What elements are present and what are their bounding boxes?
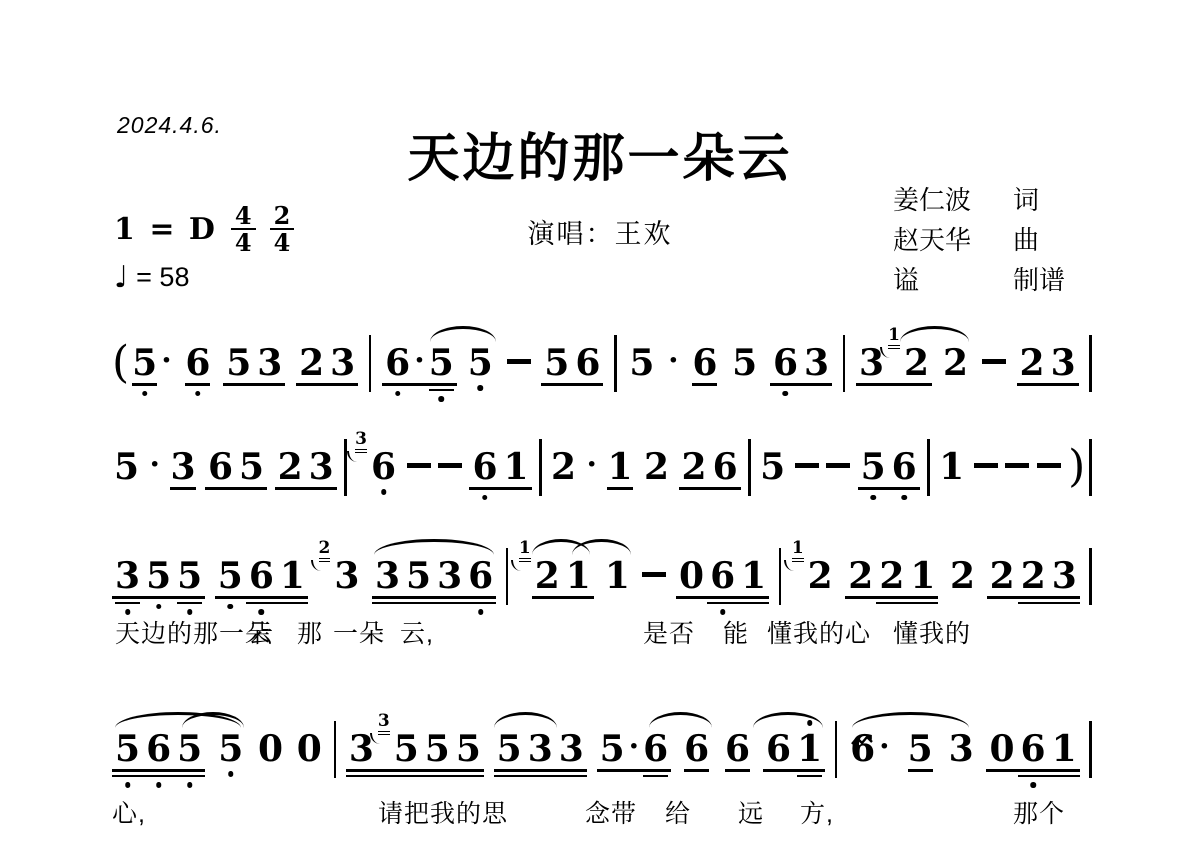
note-number: 5 [218,555,243,597]
grace-note-number: 2 [319,540,331,556]
note: 6 [146,728,171,770]
barline [843,335,846,392]
beam-group: 56 [541,342,603,384]
note-number: 2 [682,446,707,488]
spacer [205,728,215,729]
note-number: 2 [299,342,324,384]
time-signature-4-4: 4 4 [231,203,256,255]
meter-denominator: 4 [270,228,295,255]
note-number: 6 [185,342,210,384]
note-number: 5 [115,728,140,770]
note: 1 [1052,728,1077,770]
note: 1 [607,446,632,488]
note-number: 6 [892,446,917,488]
note: 5 [861,446,886,488]
beam-group: 23 [318,555,363,597]
beam-line [987,596,1080,599]
note-number: 5 [629,342,654,384]
note-number: 5 [114,446,139,488]
note-number: 3 [1052,555,1077,597]
augmentation-dot: · [587,446,597,484]
beam-group: 53 [223,342,285,384]
note: 2 [535,555,560,597]
beam-line [770,383,832,386]
note: 2 [990,555,1015,597]
lyric-segment: 远 [738,794,764,830]
note-number: 1 [939,446,964,488]
note-number: 2 [1020,342,1045,384]
slur-arc [753,712,823,728]
note-number: 1 [910,555,935,597]
barline [506,548,509,605]
barline [614,335,617,392]
lyric-segment: 心, [112,794,146,830]
note-number: 6 [773,342,798,384]
beam-line [112,769,205,772]
note-number: 2 [535,555,560,597]
beam-group: 23 [296,342,358,384]
grace-note: 2 [319,540,331,562]
note: 2 [644,446,669,488]
spacer [753,728,763,729]
note: 2 [1021,555,1046,597]
beam-group: 5655 [112,728,246,770]
grace-note: 1 [888,327,900,349]
credit-transcriber: 谥 制谱 [893,260,1098,300]
note-number: 2 [278,446,303,488]
lyric-segment: 能 [723,614,749,650]
duration-dash [438,463,462,468]
note-number: 5 [732,342,757,384]
rest: 0 [297,728,322,770]
beam-group: 061 [676,555,769,597]
note-number: 0 [989,728,1014,770]
note-number: 2 [551,446,576,488]
note-number: 1 [566,555,591,597]
beam-line [797,775,822,778]
note: 3 [437,555,462,597]
grace-note-number: 1 [519,540,531,556]
note-number: 0 [679,555,704,597]
beam-line [725,769,750,772]
beam-line [856,383,932,386]
duration-dash [1037,463,1061,468]
beam-group: 3536 [372,555,496,597]
beam-group: 355 [112,555,205,597]
beam-line [692,383,717,386]
note-number: 2 [950,555,975,597]
barline [1089,439,1092,496]
note-number: 5 [177,555,202,597]
note: 6 [1021,728,1046,770]
duration-dash [1005,463,1029,468]
note-number: 5 [600,728,625,770]
note: 5 [425,728,450,770]
low-octave-dot [125,782,131,788]
lyric-segment: 给 [665,794,691,830]
grace-note: 3 [378,713,390,735]
note: 5 [429,342,454,384]
spacer [594,555,602,556]
beam-line [346,775,484,778]
rest: 0 [258,728,283,770]
low-octave-dot [187,782,193,788]
lyric-segment: 那 [297,614,323,650]
note: 2 [682,446,707,488]
duration-dash [974,463,998,468]
note-number: 6 [766,728,791,770]
beam-group: 61 [1018,728,1080,770]
note-number: 2 [904,342,929,384]
grace-beam-line [319,558,331,560]
note: 5 [468,342,493,384]
barline [927,439,930,496]
duration-dash [642,572,666,577]
meter-numerator: 2 [270,203,295,228]
beam-line [185,383,210,386]
note-number: 3 [528,728,553,770]
sheet-music-page: 2024.4.6. 天边的那一朵云 演唱：王欢 姜仁波 词 赵天华 曲 谥 制谱… [0,0,1200,850]
beam-group: 5·6 [597,728,672,770]
beam-line [429,389,454,392]
beam-group: 561 [215,555,308,597]
grace-beam-line [792,558,804,560]
note-number: 3 [949,728,974,770]
lyricist-name: 姜仁波 [893,180,971,217]
beam-line [170,487,195,490]
beam-line [215,596,308,599]
credit-composer: 赵天华 曲 [893,220,1098,260]
note-number: 5 [429,342,454,384]
augmentation-dot: · [150,446,160,484]
low-octave-dot [195,391,201,397]
note-number: 5 [406,555,431,597]
dotted-rhythm-dot: · [414,342,424,380]
beam-line [296,383,358,386]
note: 1 [566,555,591,597]
note: 3 [115,555,140,597]
slur-arc [649,712,713,728]
parenthesis: ) [1068,446,1085,488]
note-number: 2 [990,555,1015,597]
low-octave-dot [438,396,444,402]
beam-group: 63 [770,342,832,384]
grace-note: 1 [519,540,531,562]
grace-note-number: 3 [378,713,390,729]
note: 5 [218,555,243,597]
barline [1089,548,1092,605]
beam-group: 21 [532,555,594,597]
beam-line [707,602,769,605]
low-octave-dot [783,391,789,397]
parenthesis: ( [112,342,129,384]
beam-group: 61 [246,555,308,597]
note: 2 [299,342,324,384]
beam-line [679,487,741,490]
beam-line [876,602,938,605]
meter-numerator: 4 [231,203,256,228]
tempo-marking: ♩ = 58 [114,260,189,295]
transcriber-name: 谥 [893,260,919,297]
note-number: 6 [713,446,738,488]
beam-line [246,602,308,605]
dotted-rhythm-dot: · [629,728,639,766]
note-number: 5 [218,728,243,770]
low-octave-dot [381,489,387,495]
note: 5 [908,728,933,770]
note: 3 [1052,555,1077,597]
beam-group: 61 [469,446,531,488]
note: 3 [375,555,400,597]
beam-group: 23 [1018,555,1080,597]
note-number: 6 [710,555,735,597]
grace-beam-line [888,345,900,347]
note-number: 3 [330,342,355,384]
beam-group: 3122 [856,342,971,384]
beam-group: 23 [1017,342,1079,384]
note: 5 [115,728,140,770]
note: 5 [732,342,757,384]
grace-slur-hook [784,560,794,571]
slur-arc [900,326,969,342]
grace-note-number: 1 [792,540,804,556]
beam-group: 6·53 [847,728,977,770]
note: 5 [406,555,431,597]
rest: 0 [989,728,1014,770]
note-number: 5 [146,555,171,597]
grace-beam-line [355,449,367,451]
note: 6 [185,342,210,384]
note: 5 [394,728,419,770]
beam-group: 661 [722,728,825,770]
note: 2 [879,555,904,597]
note: 2 [950,555,975,597]
note: 3 [1051,342,1076,384]
note-number: 5 [226,342,251,384]
note-number: 6 [468,555,493,597]
low-octave-dot [478,609,484,615]
note-number: 2 [943,342,968,384]
note-number: 2 [644,446,669,488]
lyric-segment: 是否 [643,614,695,650]
beam-line [205,487,267,490]
note-number: 3 [309,446,334,488]
note: 5 [146,555,171,597]
note-number: 1 [607,446,632,488]
note: 6 [725,728,750,770]
note-number: 5 [497,728,522,770]
tempo-value: = 58 [136,262,189,293]
note: 6 [766,728,791,770]
note: 5 [760,446,785,488]
composer-name: 赵天华 [893,220,971,257]
low-octave-dot [156,782,162,788]
beam-group: 223 [987,555,1080,597]
note-number: 6 [1021,728,1046,770]
barline [539,439,542,496]
note: 6 [710,555,735,597]
beam-line [372,602,496,605]
low-octave-dot [395,391,401,397]
beam-line [1018,775,1080,778]
augmentation-dot: · [161,342,171,380]
duration-dash [507,359,531,364]
note: 6 [850,728,875,770]
note-number: 6 [692,342,717,384]
note-number: 5 [239,446,264,488]
beam-line [763,769,825,772]
duration-dash [795,463,819,468]
note-number: 1 [741,555,766,597]
note: 6 [713,446,738,488]
note-number: 5 [908,728,933,770]
beam-group: 23 [275,446,337,488]
augmentation-dot: · [668,342,678,380]
note-number: 1 [797,728,822,770]
note: 5 [177,555,202,597]
beam-group: (5· [112,342,173,384]
barline [835,721,838,778]
note: 1 [939,446,964,488]
beam-group: 312 [856,342,932,384]
note: 5 [456,728,481,770]
note-number: 6 [575,342,600,384]
lyric-segment: 方, [800,794,834,830]
note: 5 [629,342,654,384]
low-octave-dot [901,495,907,501]
note-number: 6 [850,728,875,770]
augmentation-dot: · [879,728,889,766]
beam-line [494,769,587,772]
note: 6 [371,446,396,488]
beam-group: 6·5 [382,342,457,384]
note-number: 1 [1052,728,1077,770]
note: 2 [943,342,968,384]
note: 6 [692,342,717,384]
beam-group: ) [1068,446,1092,496]
beam-line [132,383,157,386]
note: 3 [528,728,553,770]
beam-line [1018,602,1080,605]
note: 6 [643,728,668,770]
slur-arc [572,539,631,555]
grace-note-number: 3 [355,431,367,447]
low-octave-dot [228,604,234,610]
beam-group: 533 [494,728,587,770]
beam-group: 565 [112,728,205,770]
note: 6 [892,446,917,488]
note: 6 [684,728,709,770]
note: 3 [334,555,359,597]
beam-line [177,602,202,605]
slur-arc [494,712,557,728]
beam-line [676,596,769,599]
duration-dash [826,463,850,468]
low-octave-dot [1030,782,1036,788]
note: 3 [804,342,829,384]
lyric-segment: 一朵 [333,614,385,650]
note: 2 [808,555,833,597]
spacer [891,728,905,729]
lyric-segment: 懂我的 [893,614,971,650]
time-signature-2-4: 2 4 [270,203,295,255]
beam-line [115,602,140,605]
meter-denominator: 4 [231,228,256,255]
beam-line [541,383,603,386]
note-number: 6 [472,446,497,488]
note: 5 [544,342,569,384]
duration-dash [407,463,431,468]
music-line-1: (5·653236·55565·6563312223 [112,342,1092,414]
beam-line [858,487,920,490]
note-number: 2 [808,555,833,597]
beam-line [1017,383,1079,386]
note: 3 [559,728,584,770]
note: 2 [848,555,873,597]
note: 6 [773,342,798,384]
note: 5 [177,728,202,770]
note-number: 5 [394,728,419,770]
note-number: 6 [684,728,709,770]
grace-slur-hook [311,560,321,571]
beam-line [223,383,285,386]
spacer [936,728,946,729]
beam-group: 36 [354,446,399,488]
barline [334,721,337,778]
note-number: 3 [1051,342,1076,384]
note: 5 [114,446,139,488]
beam-line [494,775,587,778]
beam-line [643,775,668,778]
note: 2 [278,446,303,488]
note: 3 [170,446,195,488]
note: 5 [132,342,157,384]
note-number: 6 [208,446,233,488]
beam-line [607,487,632,490]
low-octave-dot [142,391,148,397]
lyric-segment: 懂我的心 [767,614,871,650]
note-number: 0 [297,728,322,770]
note-number: 5 [861,446,886,488]
note: 6 [385,342,410,384]
spacer [932,342,940,343]
note-number: 3 [115,555,140,597]
note: 1 [504,446,529,488]
barline [779,548,782,605]
credit-lyricist: 姜仁波 词 [893,180,1098,220]
note-number: 6 [146,728,171,770]
key-signature: 1 = D 4 4 2 4 [114,203,294,255]
credits-block: 姜仁波 词 赵天华 曲 谥 制谱 [893,180,1098,300]
lyric-segment: 请把我的思 [378,794,508,830]
note: 3 [330,342,355,384]
grace-note: 1 [792,540,804,562]
grace-slur-hook [511,560,521,571]
spacer [457,342,465,343]
note-number: 1 [280,555,305,597]
beam-group: 61 [763,728,825,770]
barline [369,335,372,392]
beam-line [684,769,709,772]
note: 6 [468,555,493,597]
note: 2 [551,446,576,488]
note-number: 5 [132,342,157,384]
note-number: 6 [643,728,668,770]
low-octave-dot [482,495,488,501]
note-number: 5 [425,728,450,770]
beam-group: 12 [791,555,836,597]
note-number: 2 [879,555,904,597]
